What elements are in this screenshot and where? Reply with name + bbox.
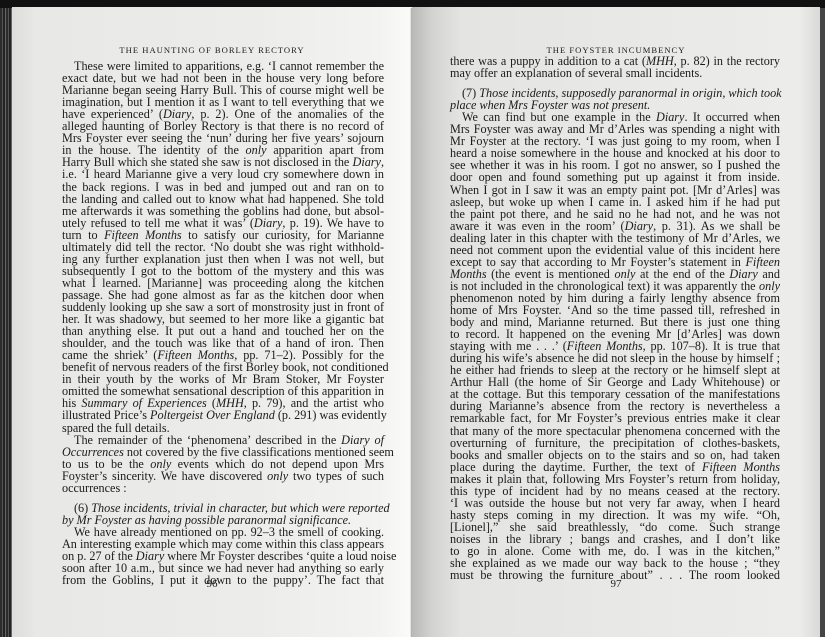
- book-page-edge-right: [820, 8, 825, 637]
- right-page: THE FOYSTER INCUMBENCY there was a puppy…: [412, 7, 820, 637]
- running-head-left: THE HAUNTING OF BORLEY RECTORY: [12, 45, 412, 55]
- page-number-left: 96: [12, 578, 412, 590]
- text-line: may offer an explanation of several smal…: [450, 66, 780, 80]
- left-page: THE HAUNTING OF BORLEY RECTORY These wer…: [12, 7, 412, 637]
- text-line: occurrences :: [62, 481, 384, 495]
- page-number-right: 97: [412, 578, 820, 590]
